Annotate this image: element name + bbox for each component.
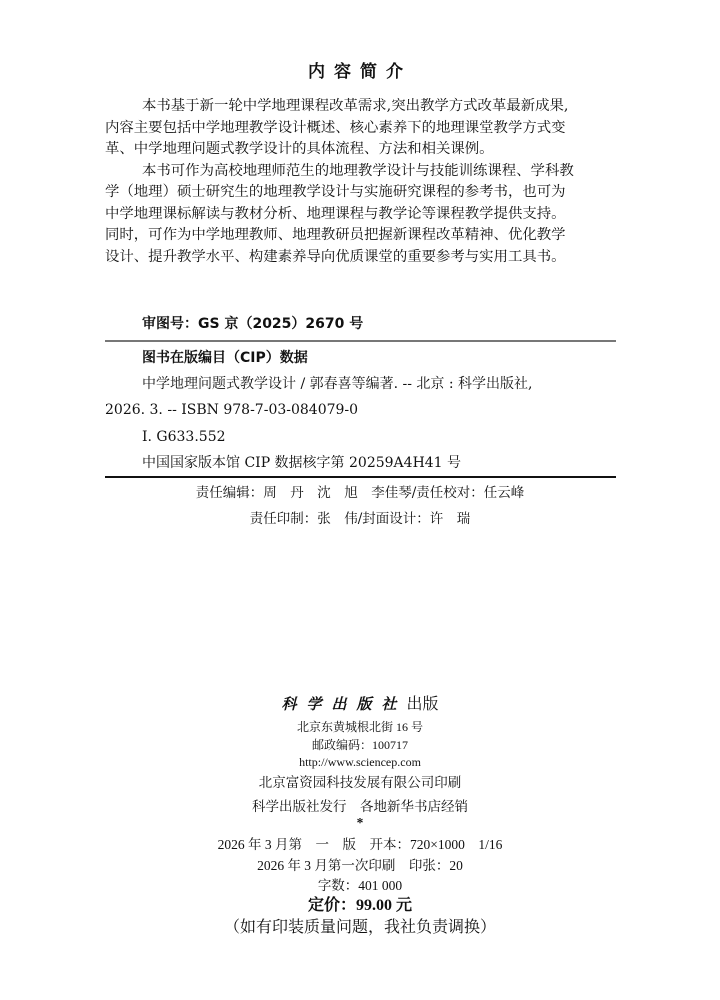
summary-line: 革、中学地理问题式教学设计的具体流程、方法和相关课例。 (105, 139, 617, 161)
credits-production: 责任印制：张 伟/封面设计：许 瑞 (0, 509, 720, 529)
publisher-suffix: 出版 (407, 696, 439, 713)
cip-title-line: 中学地理问题式教学设计 / 郭春喜等编著. -- 北京 : 科学出版社, (142, 373, 533, 395)
summary-body: 本书基于新一轮中学地理课程改革需求,突出教学方式改革最新成果, 内容主要包括中学… (105, 96, 617, 268)
price: 定价：99.00 元 (0, 895, 720, 917)
cip-isbn-line: 2026. 3. -- ISBN 978-7-03-084079-0 (105, 399, 358, 421)
edition-line: 2026 年 3 月第 一 版 开本：720×1000 1/16 (0, 835, 720, 855)
summary-line: 学（地理）硕士研究生的地理教学设计与实施研究课程的参考书，也可为 (105, 182, 617, 204)
publisher-logo-text: 科学出版社 (281, 695, 406, 713)
cip-classification-line: Ⅰ. G633.552 (142, 426, 226, 448)
separator-asterisk: * (0, 813, 720, 833)
publisher-address: 北京东黄城根北街 16 号 (0, 718, 720, 736)
quality-notice: （如有印装质量问题，我社负责调换） (0, 917, 720, 939)
summary-paragraph-1: 本书基于新一轮中学地理课程改革需求,突出教学方式改革最新成果, 内容主要包括中学… (105, 96, 617, 161)
summary-line: 本书可作为高校地理师范生的地理教学设计与技能训练课程、学科教 (105, 161, 617, 183)
cip-bottom-rule (105, 476, 616, 478)
map-review-number: 审图号：GS 京（2025）2670 号 (142, 313, 363, 335)
word-count: 字数：401 000 (0, 876, 720, 896)
publisher-postcode: 邮政编码：100717 (0, 736, 720, 754)
summary-line: 中学地理课标解读与教材分析、地理课程与教学论等课程教学提供支持。 (105, 204, 617, 226)
summary-line: 内容主要包括中学地理教学设计概述、核心素养下的地理课堂教学方式变 (105, 118, 617, 140)
page-title: 内容简介 (0, 60, 720, 84)
credits-editors: 责任编辑：周 丹 沈 旭 李佳琴/责任校对：任云峰 (0, 483, 720, 503)
printing-line: 2026 年 3 月第一次印刷 印张：20 (0, 856, 720, 876)
summary-paragraph-2: 本书可作为高校地理师范生的地理教学设计与技能训练课程、学科教 学（地理）硕士研究… (105, 161, 617, 269)
publisher-line: 科学出版社出版 (0, 693, 720, 716)
summary-line: 设计、提升教学水平、构建素养导向优质课堂的重要参考与实用工具书。 (105, 247, 617, 269)
printer-line: 北京富资园科技发展有限公司印刷 (0, 773, 720, 793)
cip-record-number: 中国国家版本馆 CIP 数据核字第 20259A4H41 号 (142, 452, 461, 474)
cip-heading: 图书在版编目（CIP）数据 (142, 347, 308, 369)
summary-line: 本书基于新一轮中学地理课程改革需求,突出教学方式改革最新成果, (105, 96, 617, 118)
cip-top-rule (105, 340, 616, 342)
publisher-website: http://www.sciencep.com (0, 753, 720, 771)
summary-line: 同时，可作为中学地理教师、地理教研员把握新课程改革精神、优化教学 (105, 225, 617, 247)
